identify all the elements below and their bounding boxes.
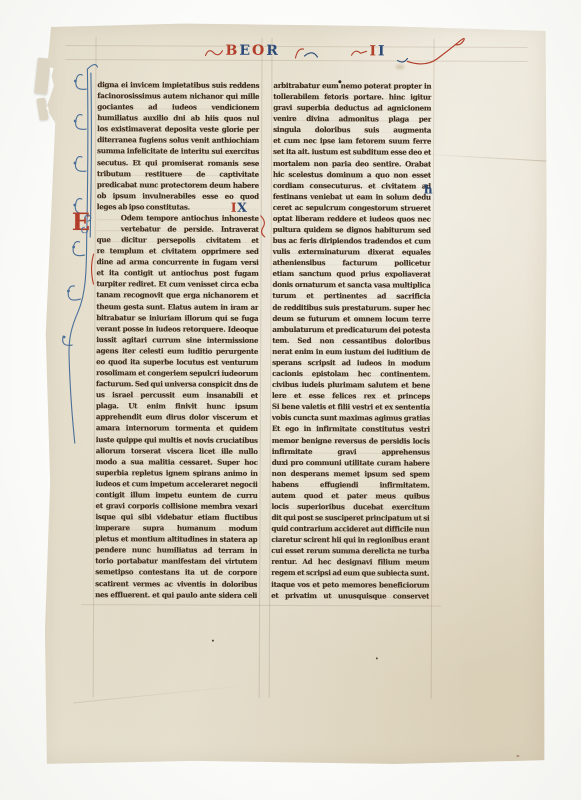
red-sweep-flourish-icon xyxy=(393,34,469,66)
ink-speck xyxy=(338,80,341,83)
running-title-word-beor: BEOR xyxy=(225,43,278,59)
red-pen-flourish-icon xyxy=(349,46,369,60)
manuscript-text-line: summa infelicitate de interitu sui exerc… xyxy=(97,146,259,158)
marginal-pen-flourish xyxy=(56,59,100,451)
manuscript-text-line: mortalem non paria deo sentire. Orabat a… xyxy=(273,157,431,169)
manuscript-text-line: et gravi corporis collisione membra vexa… xyxy=(95,500,257,512)
manuscript-text-line: ciaretur scirent hii qui in regionibus e… xyxy=(271,534,429,546)
manuscript-text-line: nes effluerent. et qui paulo ante sidera… xyxy=(95,589,257,601)
manuscript-text-line: tributum restituere de captivitate ieros… xyxy=(97,168,259,180)
ruling-line-vertical xyxy=(259,38,263,698)
chapter-numeral: IX xyxy=(231,201,248,215)
manuscript-text-line: non desperans memet ipsum sed spem multa… xyxy=(272,468,430,480)
photo-background: { "page": { "background_color": "#fbfbf9… xyxy=(0,0,581,800)
manuscript-text-line: itaque vos et peto memores beneficiorum … xyxy=(271,578,429,590)
manuscript-text-line: bitrabatur se iniuriam illorum qui se fu… xyxy=(96,312,258,324)
manuscript-text-line: torio portabatur manifestam dei virtutem… xyxy=(95,555,257,567)
manuscript-text-line: Si bene valetis et filii vestri et ex se… xyxy=(272,401,430,413)
manuscript-text-line: atheniensibus facturum pollicetur templu… xyxy=(273,257,431,269)
ruling-line-vertical xyxy=(431,39,435,699)
manuscript-text-line: festinans veniebat ut eam in solum dedu xyxy=(273,191,431,203)
manuscript-text-line: regem et scripsi ad eum que subiecta sun… xyxy=(271,567,429,579)
manuscript-text-line: turpiter rediret. Et cum venisset circa … xyxy=(96,279,258,291)
manuscript-text-line: Et ego in infirmitate constitutus vestri… xyxy=(272,423,430,435)
running-title-letter: O xyxy=(252,43,265,59)
ink-speck xyxy=(376,657,378,659)
manuscript-text-line: imperare supra humanum modum superbia re xyxy=(95,522,257,534)
manuscript-text-line: contigit illum impetu euntem de curru ca… xyxy=(96,489,258,501)
manuscript-text-line: singula doloribus suis augmenta capienti… xyxy=(273,124,431,136)
manuscript-text-line: lere et esse felices rex et princeps ant… xyxy=(272,390,430,402)
running-title-letter: I xyxy=(369,43,377,59)
manuscript-text-line: sperans scripsit ad iudeos in modum depr… xyxy=(272,357,430,369)
manuscript-text-line: theum gesta sunt. Elatus autem in iram a… xyxy=(96,301,258,313)
manuscript-text-line: tanam recognovit que erga nichanorem et … xyxy=(96,290,258,302)
manuscript-text-line: superbia repletus ignem spirans animo in xyxy=(96,467,258,479)
manuscript-text-line: quid contrarium accideret aut difficile … xyxy=(271,523,429,535)
manuscript-text-line: los existimaverat deposita veste glorie … xyxy=(97,123,259,135)
text-column-right: arbitrabatur eum nemo poterat propter in… xyxy=(271,80,431,602)
stain-speck xyxy=(516,755,519,757)
manuscript-text-line: apprehendit eum dirus dolor viscerum et xyxy=(96,411,258,423)
manuscript-text-line: et cum nec ipse iam fetorem suum ferre p… xyxy=(273,135,431,147)
manuscript-text-line: diterranea fugiens solus venit anthiochi… xyxy=(97,135,259,147)
chapter-numeral-letter: X xyxy=(237,201,247,215)
manuscript-text-line: duxi pro communi utilitate curam habere xyxy=(272,457,430,469)
manuscript-text-line: infirmitate gravi apprehensus necessariu… xyxy=(272,445,430,457)
manuscript-text-line: eo quod ita superbe locutus est venturum… xyxy=(96,356,258,368)
manuscript-text-line: cacionis epistolam hec continentem. Opti… xyxy=(272,368,430,380)
drop-cap-initial-E: E xyxy=(72,209,100,237)
manuscript-text-line: semetipso contestans ita ut de corpore i… xyxy=(95,567,257,579)
manuscript-text-line: iussit agitari currum sine intermissione xyxy=(96,334,258,346)
manuscript-text-line: modo a sua malitia cessaret. Super hoc a… xyxy=(96,456,258,468)
manuscript-text-line: verant posse in iudeos retorquere. Ideoq… xyxy=(96,323,258,335)
manuscript-text-line: aliorum torserat viscera licet ille null… xyxy=(96,445,258,457)
running-title-letter: E xyxy=(239,43,251,59)
manuscript-text-line: cordiam consecuturus. et civitatem ad qu… xyxy=(273,180,431,192)
manuscript-text-line: rosolimam et congeriem sepulcri iudeorum… xyxy=(96,367,258,379)
manuscript-text-line: isque qui sibi videbatur etiam fluctibus… xyxy=(95,511,257,523)
manuscript-text-line: gravi superbia deductus ad agnicionem su… xyxy=(273,102,431,114)
manuscript-leaf: BEOR II xyxy=(42,23,547,766)
manuscript-text-line: leges ab ipso constitutas. xyxy=(97,201,191,212)
red-pen-flourish-icon xyxy=(203,46,225,60)
red-blue-pen-flourish-icon xyxy=(292,44,320,62)
running-title: BEOR II xyxy=(45,41,547,67)
manuscript-text-line: etiam sanctum quod prius expoliaverat op… xyxy=(273,268,431,280)
manuscript-text-line: iudeos et cum impetum acceleraret negoci… xyxy=(96,478,258,490)
manuscript-text-line: et privatim ut unusquisque conservet fid… xyxy=(271,589,429,601)
manuscript-text-line: facinorosissimus autem nichanor qui mill… xyxy=(97,90,259,102)
manuscript-text-line: predicabat nunc protectorem deum habere … xyxy=(97,179,259,191)
margin-letter-h: h xyxy=(424,183,433,197)
manuscript-text-line: digna ei invicem impietatibus suis redde… xyxy=(97,79,259,91)
running-title-letter: R xyxy=(266,43,279,59)
manuscript-text-line: scatirent vermes ac viventis in doloribu… xyxy=(95,578,257,590)
manuscript-text-line: set ita ait. iustum est subditum esse de… xyxy=(273,146,431,158)
manuscript-text-line: pultura quidem se dignos habiturum sed a… xyxy=(273,224,431,236)
manuscript-text-line: agens iter celesti eum iuditio perurgent… xyxy=(96,345,258,357)
manuscript-text-line: memor benigne reversus de persidis locis… xyxy=(272,434,430,446)
manuscript-text-line: dit qui post se susciperet principatum u… xyxy=(271,512,429,524)
manuscript-text-line: de redditibus suis prestaturum. super he… xyxy=(272,301,430,313)
running-title-letter: I xyxy=(378,43,386,59)
manuscript-text-line: nerat enim in eum iustum dei iuditium de xyxy=(272,346,430,358)
manuscript-text-line: vulis exterminaturum dixerat equales nun… xyxy=(273,246,431,258)
manuscript-text-line: pendere nunc humiliatus ad terram in ges… xyxy=(95,544,257,556)
parchment-crease xyxy=(73,684,252,703)
manuscript-text-line: gociantes ad iudeos vendicionem adduxera… xyxy=(97,101,259,113)
manuscript-text-line: turum et pertinentes ad sacrificia sumpt… xyxy=(272,290,430,302)
ruling-line-horizontal xyxy=(81,604,441,607)
manuscript-text-line: tollerabilem fetoris portare. hinc igitu… xyxy=(273,91,431,103)
manuscript-text-line: deum se futurum et omnem locum terre per xyxy=(272,313,430,325)
manuscript-text-line: arbitrabatur eum nemo poterat propter in xyxy=(273,80,431,92)
manuscript-text-line: secutus. Et qui promiserat romanis sese xyxy=(97,157,259,169)
manuscript-text-line: bus ac feris diripiendos tradendos et cu… xyxy=(273,235,431,247)
manuscript-text-line: vertebatur de perside. Intraverat enim e… xyxy=(97,223,259,235)
manuscript-text-line: rentur. Ad hec designavi filium meum ant… xyxy=(271,556,429,568)
torn-edge-tab xyxy=(34,57,51,94)
manuscript-text-line: iuste quippe qui multis et novis cruciat… xyxy=(96,434,258,446)
red-tail-flourish-icon xyxy=(257,214,269,240)
ink-speck xyxy=(212,640,214,642)
manuscript-text-line: facturum. Sed qui universa conspicit dns… xyxy=(96,378,258,390)
manuscript-text-line: cui esset rerum summa derelicta ne turba xyxy=(271,545,429,557)
manuscript-text-line: tem. Sed non cessantibus doloribus super… xyxy=(272,335,430,347)
manuscript-text-line: et ita contigit ut antiochus post fugam xyxy=(97,267,259,279)
manuscript-text-line: re templum et civitatem opprimere sed mu… xyxy=(97,245,259,257)
manuscript-text-line: optat liberam reddere et iudeos quos nec… xyxy=(273,213,431,225)
manuscript-text-line: vobis cuncta sunt maximas agimus gratias xyxy=(272,412,430,424)
running-title-numeral-ii: II xyxy=(369,43,385,59)
manuscript-text-line: habens effugiendi infirmitatem. Respicie… xyxy=(272,479,430,491)
manuscript-text-line: que dicitur persepolis civitatem et temp… xyxy=(97,234,259,246)
manuscript-text-line: civibus iudeis plurimam salutem et bene … xyxy=(272,379,430,391)
manuscript-text-line: amara internorum tormenta et quidem sati… xyxy=(96,423,258,435)
manuscript-text-line: ambulaturum et predicaturum dei potesta xyxy=(272,324,430,336)
manuscript-text-line: hic scelestus dominum a quo non esset mi… xyxy=(273,169,431,181)
text-column-left: digna ei invicem impietatibus suis redde… xyxy=(95,79,259,601)
manuscript-text-line: ceret ac sepulcrum congestorum strueret … xyxy=(273,202,431,214)
manuscript-text-line: plaga. Ut enim finivit hunc ipsum sermon… xyxy=(96,400,258,412)
blue-infill-flourish-icon xyxy=(81,213,95,233)
manuscript-text-line: humiliatus auxilio dni ab hiis quos nul xyxy=(97,112,259,124)
running-title-letter: B xyxy=(225,43,238,59)
manuscript-text-line: donis ornaturum et sancta vasa multiplic… xyxy=(272,279,430,291)
manuscript-text-line: venire divina admonitus plaga per moment… xyxy=(273,113,431,125)
manuscript-text-line: autem quod et pater meus quibus temporib… xyxy=(272,490,430,502)
manuscript-text-line: us israel percussit eum insanabili et in… xyxy=(96,389,258,401)
manuscript-text-line: locis superioribus ducebat exercitum ost… xyxy=(271,501,429,513)
manuscript-text-line: pletus et montium altitudines in statera… xyxy=(95,533,257,545)
stain-smudge xyxy=(395,64,404,69)
manuscript-text-line: dine ad arma concurrente in fugam versi … xyxy=(97,256,259,268)
